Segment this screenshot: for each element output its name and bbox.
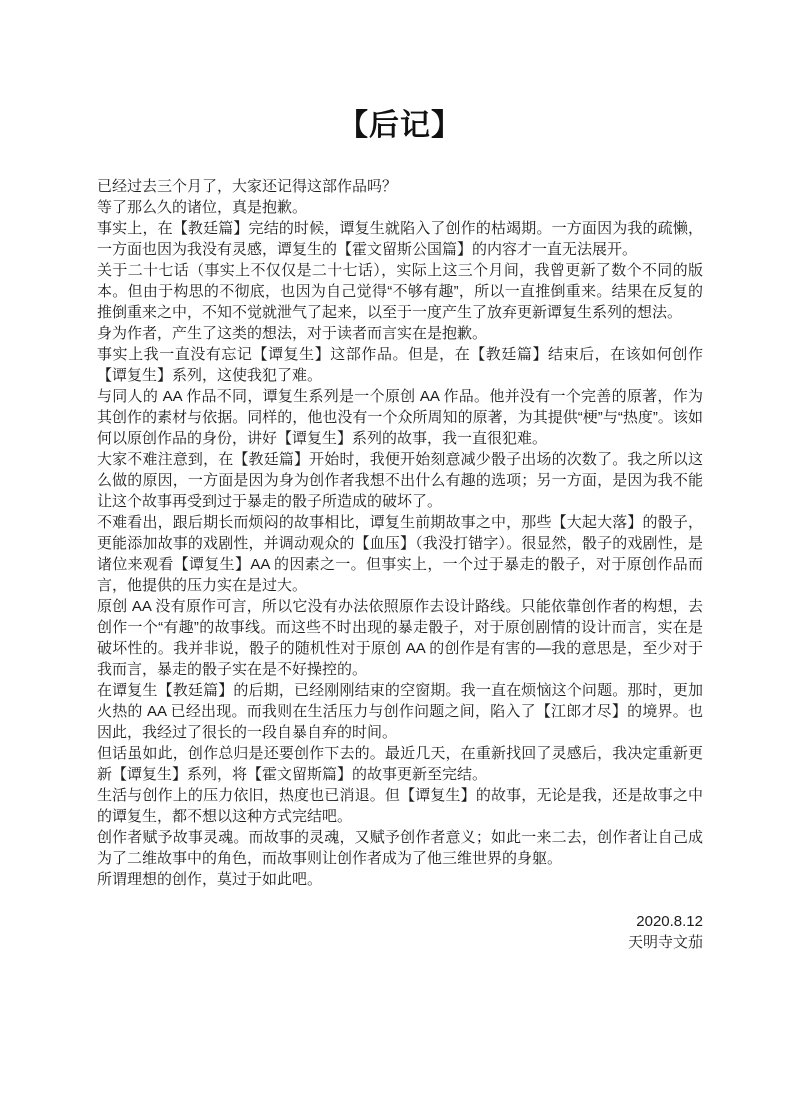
paragraph: 与同人的 AA 作品不同，谭复生系列是一个原创 AA 作品。他并没有一个完善的原… xyxy=(97,386,703,449)
paragraph: 已经过去三个月了，大家还记得这部作品吗？ xyxy=(97,176,703,197)
signature-line: 天明寺文茄 xyxy=(97,932,703,953)
paragraph: 原创 AA 没有原作可言，所以它没有办法依照原作去设计路线。只能依靠创作者的构想… xyxy=(97,596,703,680)
paragraph: 关于二十七话（事实上不仅仅是二十七话），实际上这三个月间，我曾更新了数个不同的版… xyxy=(97,260,703,323)
afterword-body: 已经过去三个月了，大家还记得这部作品吗？ 等了那么久的诸位，真是抱歉。 事实上，… xyxy=(97,176,703,953)
paragraph: 但话虽如此，创作总归是还要创作下去的。最近几天，在重新找回了灵感后，我决定重新更… xyxy=(97,743,703,785)
paragraph: 在谭复生【教廷篇】的后期，已经刚刚结束的空窗期。我一直在烦恼这个问题。那时，更加… xyxy=(97,680,703,743)
paragraph: 生活与创作上的压力依旧，热度也已消退。但【谭复生】的故事，无论是我，还是故事之中… xyxy=(97,785,703,827)
afterword-page: 【后记】 已经过去三个月了，大家还记得这部作品吗？ 等了那么久的诸位，真是抱歉。… xyxy=(0,0,800,1103)
page-title: 【后记】 xyxy=(0,0,800,148)
paragraph: 大家不难注意到，在【教廷篇】开始时，我便开始刻意减少骰子出场的次数了。我之所以这… xyxy=(97,449,703,512)
paragraph: 所谓理想的创作，莫过于如此吧。 xyxy=(97,869,703,890)
paragraph: 等了那么久的诸位，真是抱歉。 xyxy=(97,197,703,218)
paragraph: 事实上，在【教廷篇】完结的时候，谭复生就陷入了创作的枯竭期。一方面因为我的疏懒，… xyxy=(97,218,703,260)
paragraph: 事实上我一直没有忘记【谭复生】这部作品。但是，在【教廷篇】结束后，在该如何创作【… xyxy=(97,344,703,386)
date-line: 2020.8.12 xyxy=(97,911,703,932)
paragraph: 创作者赋予故事灵魂。而故事的灵魂，又赋予创作者意义；如此一来二去，创作者让自己成… xyxy=(97,827,703,869)
paragraph: 身为作者，产生了这类的想法，对于读者而言实在是抱歉。 xyxy=(97,323,703,344)
paragraph: 不难看出，跟后期长而烦闷的故事相比，谭复生前期故事之中，那些【大起大落】的骰子，… xyxy=(97,512,703,596)
